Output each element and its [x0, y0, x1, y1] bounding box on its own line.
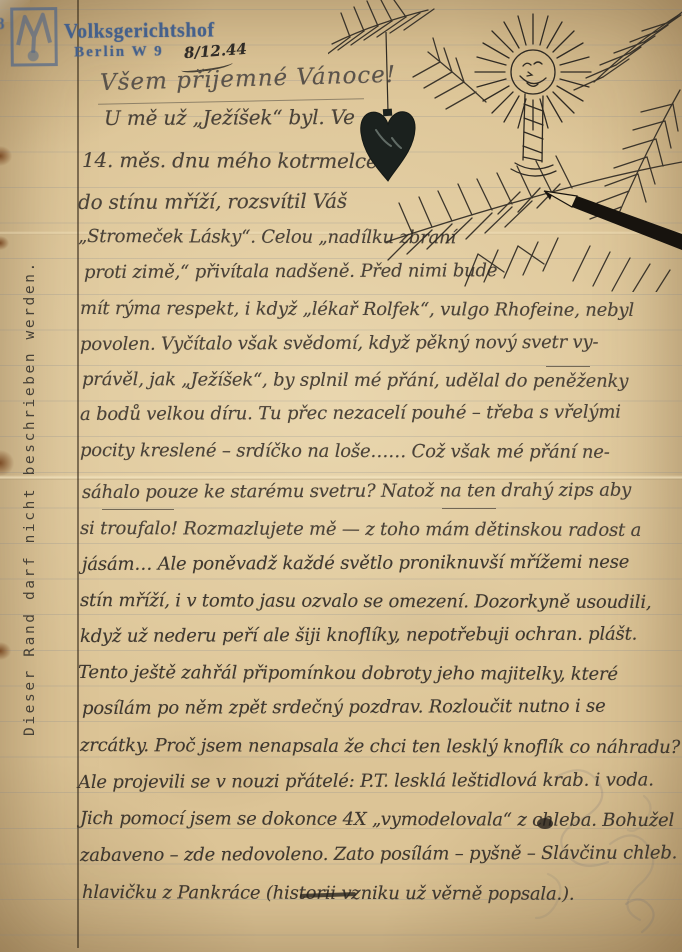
paper-stain: [0, 642, 11, 660]
paper-stain: [0, 146, 12, 166]
letter-line: Jich pomocí jsem se dokonce 4X „vymodelo…: [80, 808, 674, 831]
letter-line: posílám po něm zpět srdečný pozdrav. Roz…: [82, 696, 606, 719]
court-seal-monogram-icon: [10, 7, 59, 67]
handwriting-underline: [98, 98, 364, 105]
letter-line: si troufalo! Rozmazlujete mě — z toho má…: [80, 518, 641, 541]
pencil-icon: [544, 191, 682, 250]
letter-line: stín mříží, i v tomto jasu ozvalo se ome…: [80, 590, 652, 613]
paper-stain: [0, 450, 14, 476]
letter-line: zrcátky. Proč jsem nenapsala že chci ten…: [80, 735, 680, 758]
letter-line: sáhalo pouze ke starému svetru? Natož na…: [82, 480, 631, 503]
heart-ornament-icon: [361, 32, 415, 181]
letter-line: Ale projevili se v nouzi přátelé: P.T. l…: [78, 769, 654, 793]
handwriting-underline: [102, 509, 174, 510]
letter-line: a bodů velkou díru. Tu přec nezacelí pou…: [80, 402, 621, 425]
letter-line: když už nederu peří ale šiji knoflíky, n…: [80, 624, 637, 647]
letter-line: Tento ještě zahřál připomínkou dobroty j…: [78, 662, 618, 685]
letter-line: právěl, jak „Ježíšek“, by splnil mé přán…: [82, 369, 628, 392]
letter-line: pocity kreslené – srdíčko na loše…… Což …: [80, 440, 610, 463]
letter-line: U mě už „Ježíšek“ byl. Ve: [104, 105, 355, 130]
letter-line: povolen. Vyčítalo však svědomí, když pěk…: [80, 332, 598, 355]
letter-line: do stínu mříží, rozsvítil Váš: [78, 189, 347, 214]
handwritten-date: 8/12.44: [183, 40, 247, 62]
margin-printed-note: Dieser Rand darf nicht beschrieben werde…: [22, 260, 38, 736]
margin-rule-line: [77, 0, 79, 948]
paper-stain: [0, 236, 9, 250]
handwriting-underline: [442, 508, 496, 509]
letter-page: Volksgerichtshof Berlin W 9 8 8/12.44 Vš…: [0, 0, 682, 952]
christmas-drawing: [328, 0, 682, 292]
candle-sun-face-icon: [475, 14, 591, 176]
letter-line: zabaveno – zde nedovoleno. Zato posílám …: [80, 842, 677, 866]
stamp-court-name: Volksgerichtshof: [64, 18, 215, 44]
letter-line: mít rýma respekt, i když „lékař Rolfek“,…: [80, 298, 634, 321]
letter-line: jásám… Ale poněvadž každé světlo pronikn…: [82, 552, 629, 575]
ink-blotch: [537, 818, 553, 829]
handwriting-underline: [546, 366, 590, 367]
stamp-fragment: 8: [0, 14, 5, 34]
